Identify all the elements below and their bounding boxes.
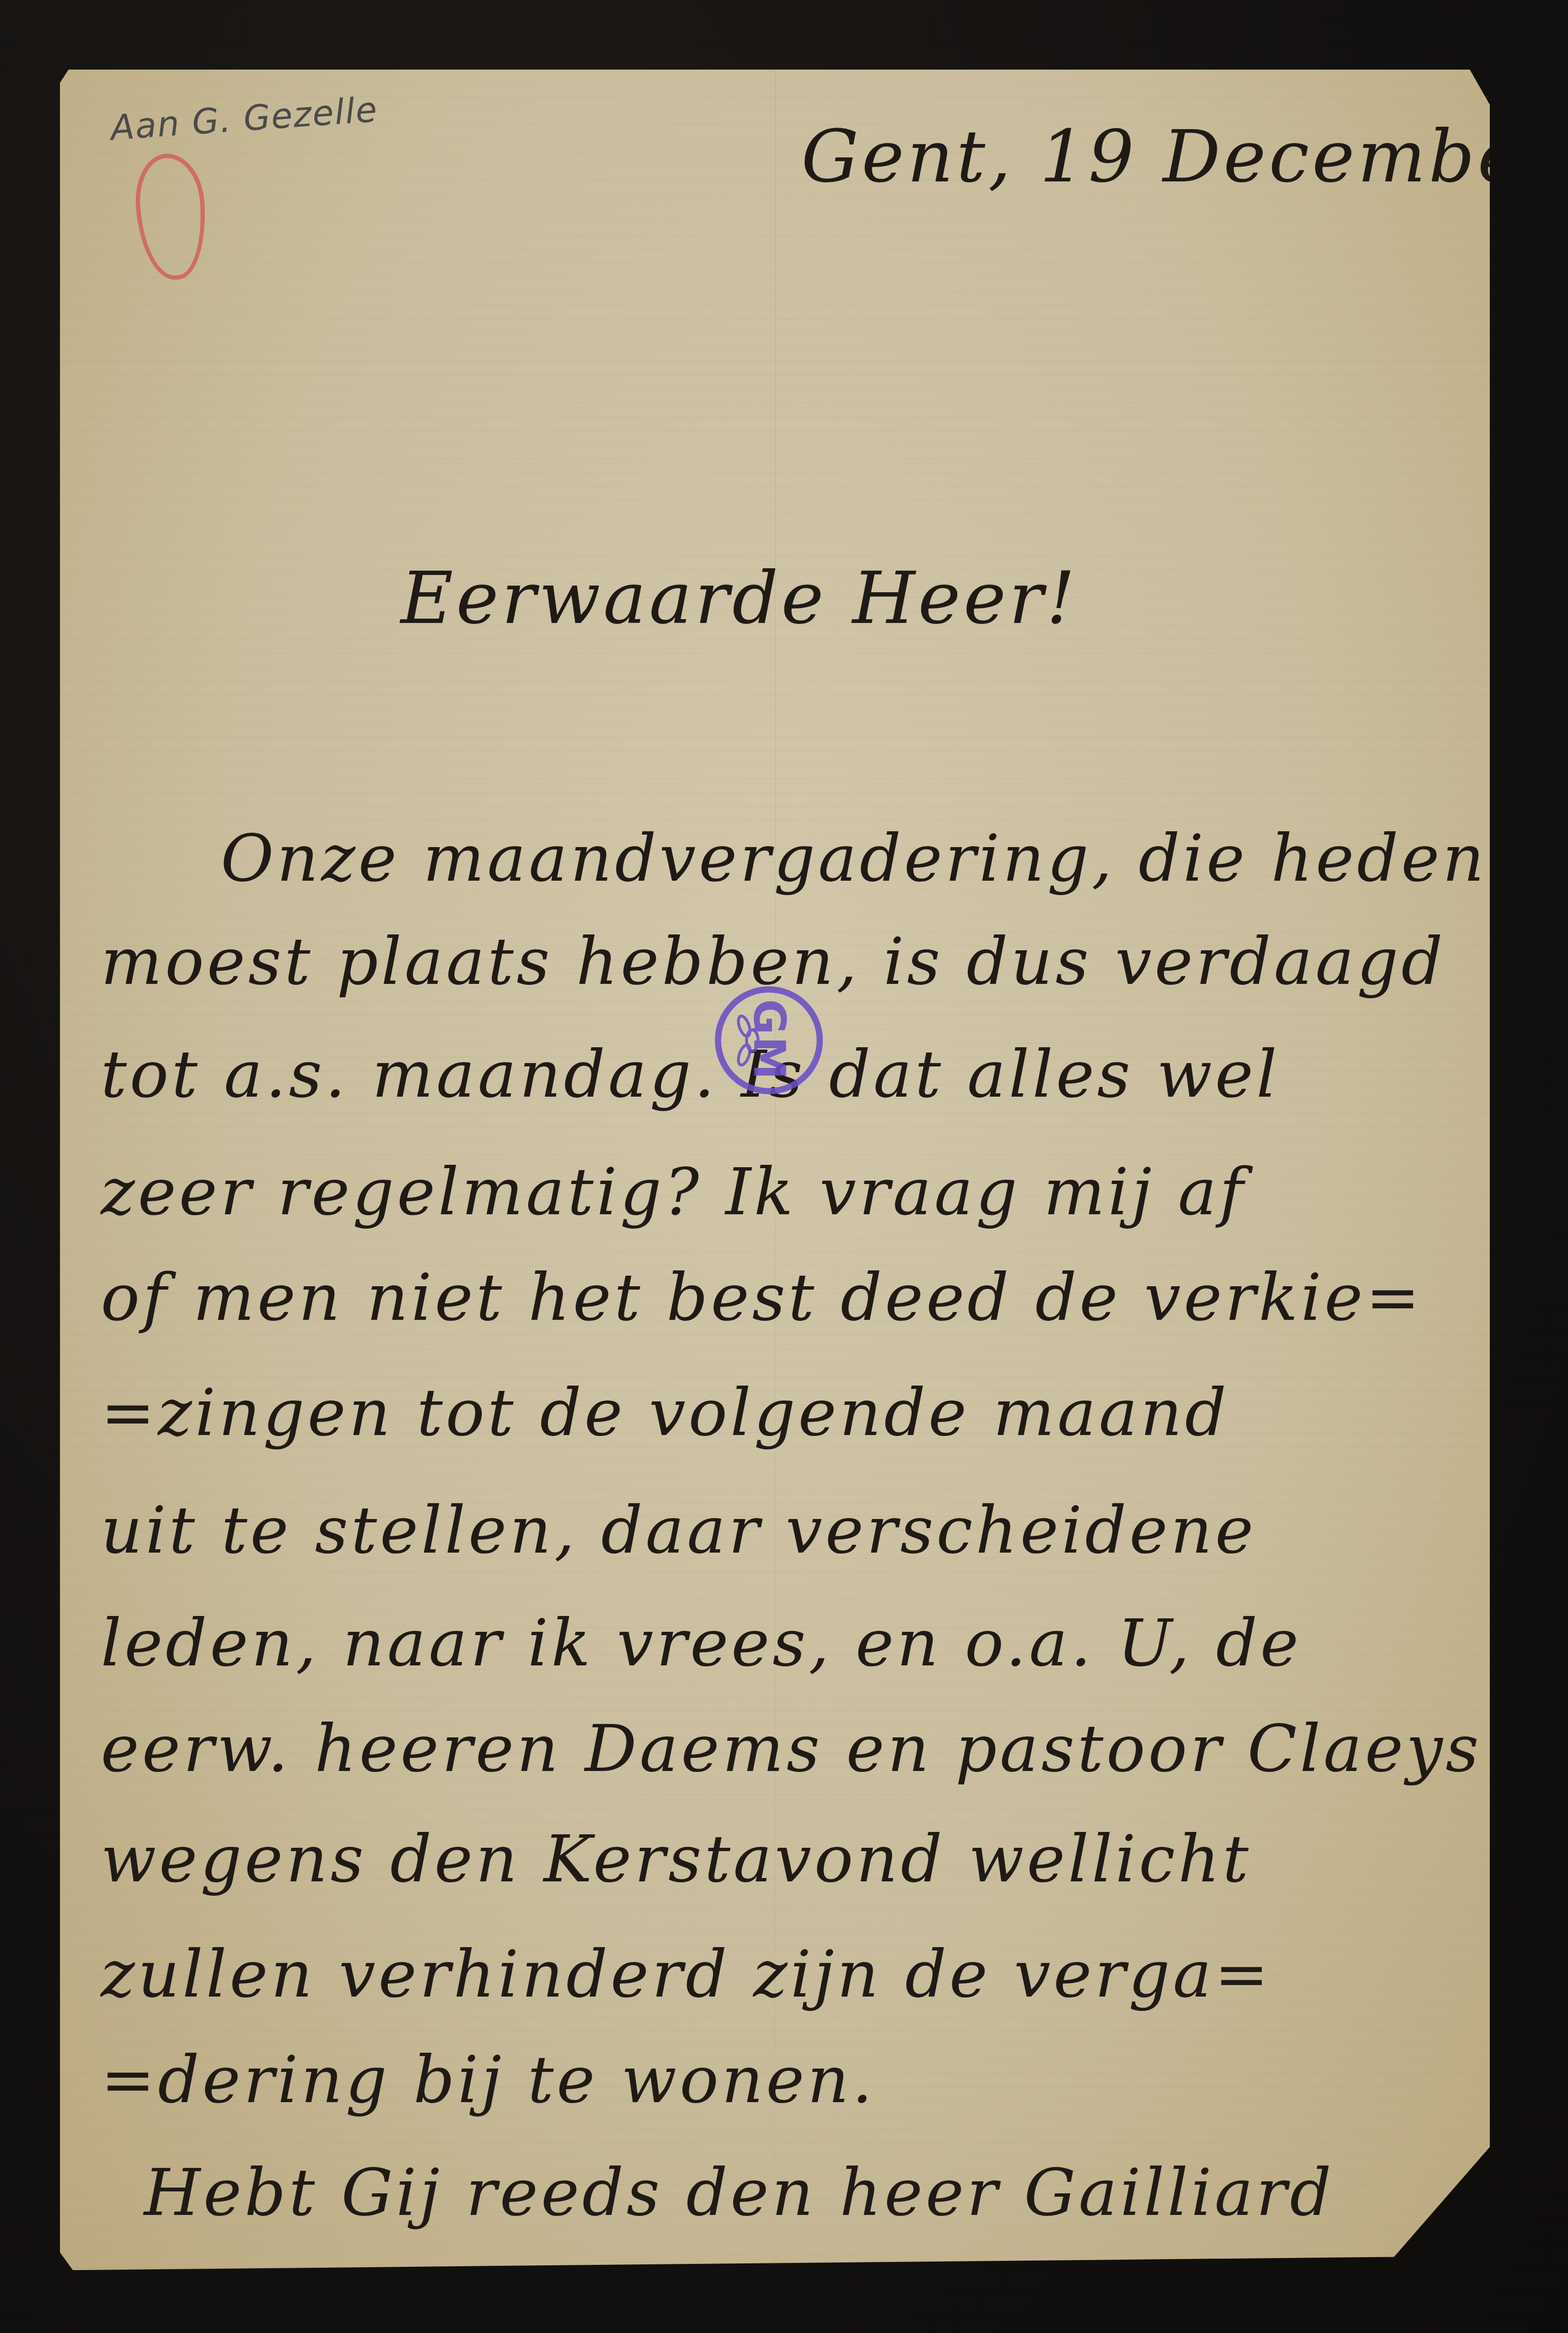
letter-line: Onze maandvergadering, die heden (221, 821, 1487, 896)
letter-line: tot a.s. maandag. Is dat alles wel (101, 1037, 1280, 1112)
letter-line: of men niet het best deed de verkie= (101, 1260, 1423, 1335)
dateline: Gent, 19 December '88. (801, 115, 1568, 199)
letter-line: zullen verhinderd zijn de verga= (101, 1937, 1271, 2012)
letter-line: eerw. heeren Daems en pastoor Claeys (101, 1711, 1482, 1786)
letter-line: leden, naar ik vrees, en o.a. U, de (101, 1605, 1302, 1681)
letter-line: =dering bij te wonen. (101, 2042, 875, 2118)
salutation: Eerwaarde Heer! (401, 557, 1078, 640)
letter-line: uit te stellen, daar verscheidene (101, 1493, 1256, 1568)
letter-sheet: Aan G. Gezelle Gent, 19 December '88. Ee… (60, 70, 1490, 2270)
letter-line: =zingen tot de volgende maand (101, 1375, 1229, 1450)
letter-line: Hebt Gij reeds den heer Gailliard (144, 2155, 1334, 2230)
pencil-annotation: Aan G. Gezelle (109, 89, 379, 148)
stamp-monogram: GM (744, 999, 794, 1081)
library-stamp: GM (715, 986, 823, 1094)
letter-line: wegens den Kerstavond wellicht (101, 1821, 1251, 1897)
red-crayon-mark (132, 151, 210, 282)
letter-line: zeer regelmatig? Ik vraag mij af (101, 1154, 1246, 1230)
